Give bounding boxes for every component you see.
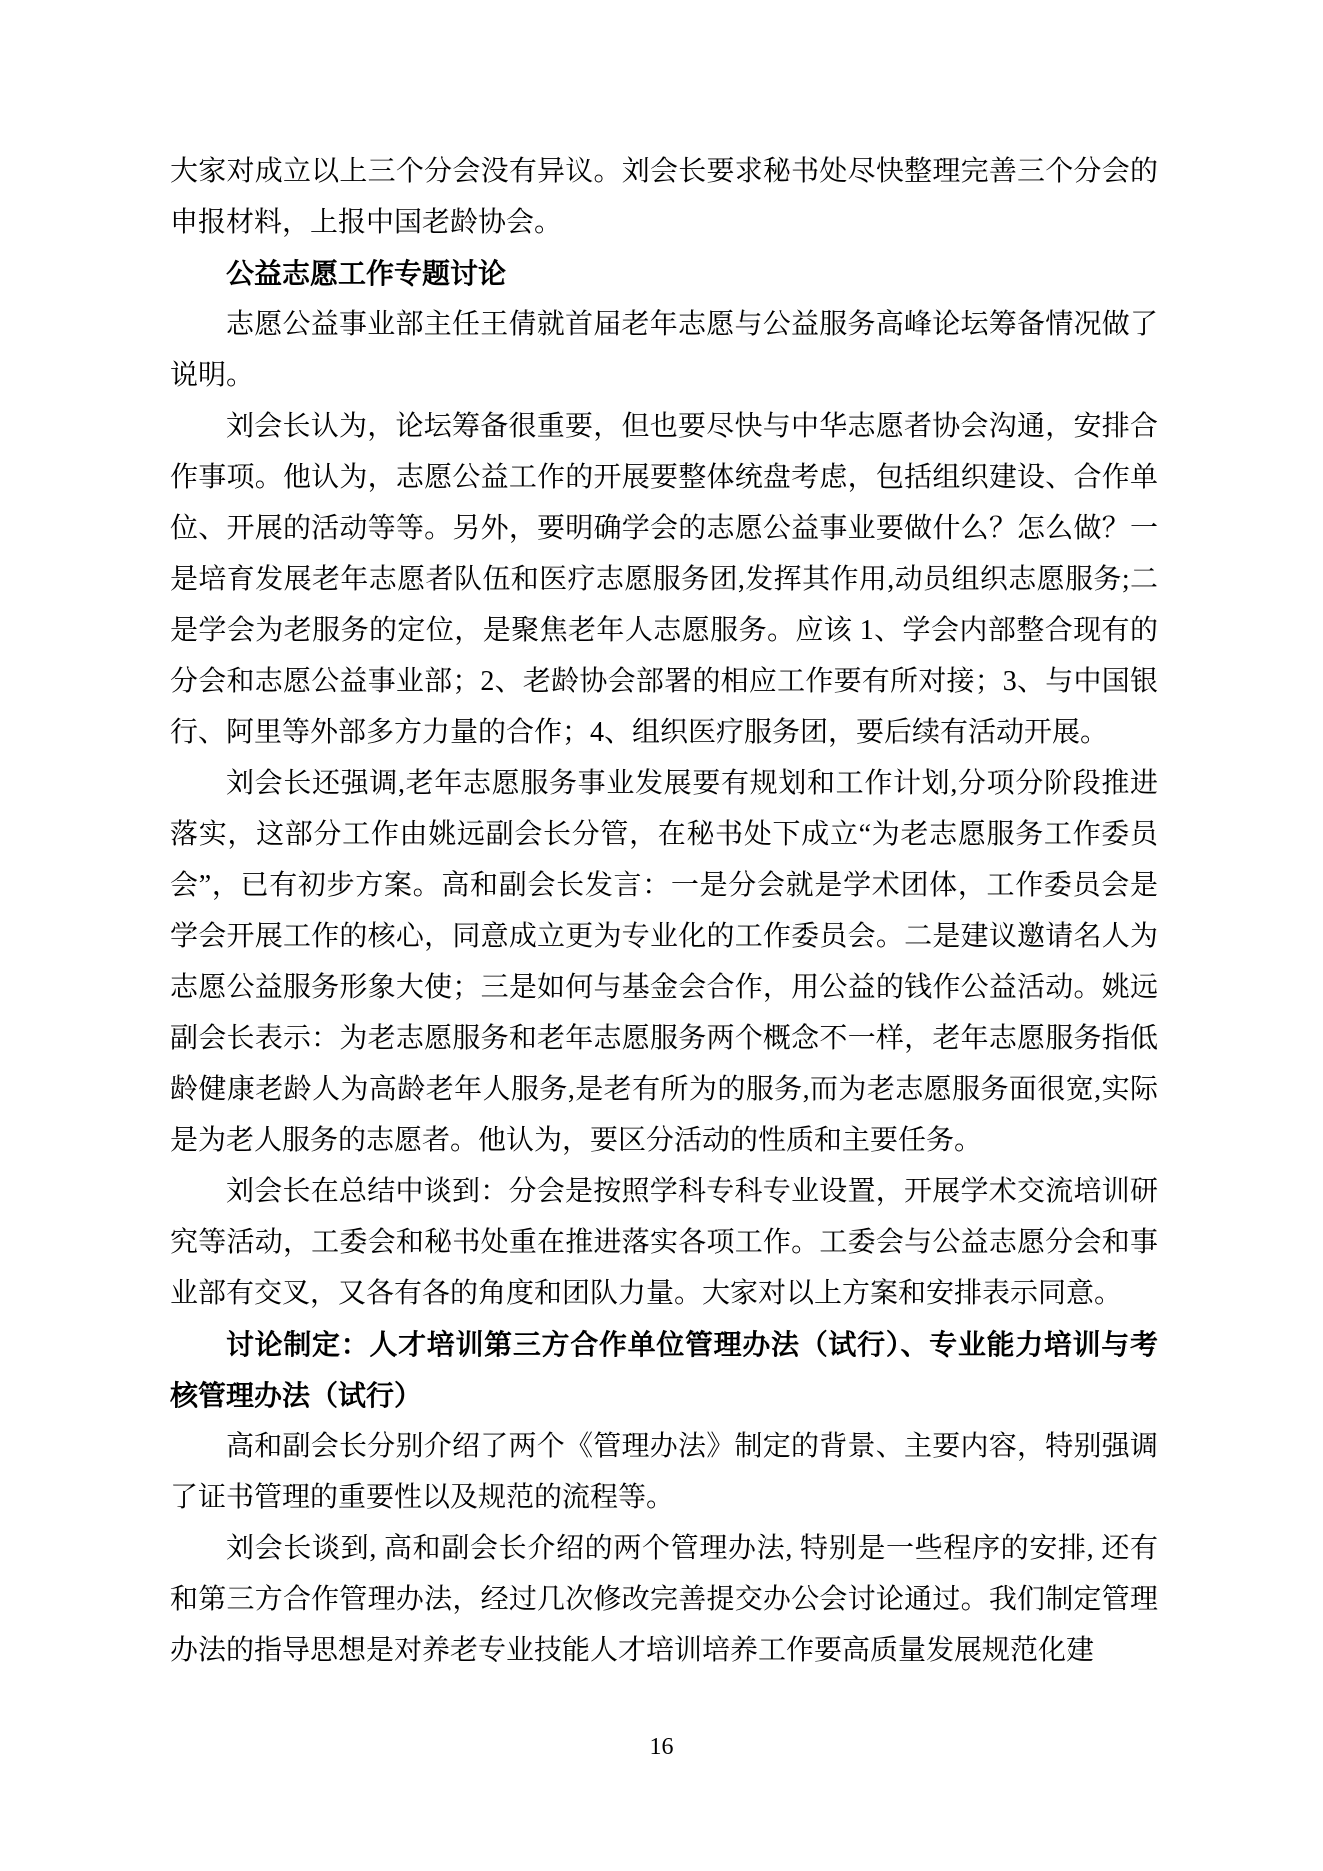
paragraph: 大家对成立以上三个分会没有异议。刘会长要求秘书处尽快整理完善三个分会的申报材料，… (170, 146, 1158, 248)
paragraph: 刘会长在总结中谈到：分会是按照学科专科专业设置，开展学术交流培训研究等活动，工委… (170, 1166, 1158, 1319)
paragraph: 刘会长还强调,老年志愿服务事业发展要有规划和工作计划,分项分阶段推进落实，这部分… (170, 758, 1158, 1166)
section-heading: 讨论制定：人才培训第三方合作单位管理办法（试行）、专业能力培训与考核管理办法（试… (170, 1319, 1158, 1421)
paragraph: 志愿公益事业部主任王倩就首届老年志愿与公益服务高峰论坛筹备情况做了说明。 (170, 299, 1158, 401)
document-page: 大家对成立以上三个分会没有异议。刘会长要求秘书处尽快整理完善三个分会的申报材料，… (0, 0, 1323, 1871)
paragraph: 刘会长认为，论坛筹备很重要，但也要尽快与中华志愿者协会沟通，安排合作事项。他认为… (170, 401, 1158, 758)
paragraph: 高和副会长分别介绍了两个《管理办法》制定的背景、主要内容，特别强调了证书管理的重… (170, 1421, 1158, 1523)
page-number: 16 (0, 1732, 1323, 1762)
document-body: 大家对成立以上三个分会没有异议。刘会长要求秘书处尽快整理完善三个分会的申报材料，… (170, 146, 1158, 1676)
paragraph: 刘会长谈到, 高和副会长介绍的两个管理办法, 特别是一些程序的安排, 还有和第三… (170, 1523, 1158, 1676)
section-heading: 公益志愿工作专题讨论 (170, 248, 1158, 299)
